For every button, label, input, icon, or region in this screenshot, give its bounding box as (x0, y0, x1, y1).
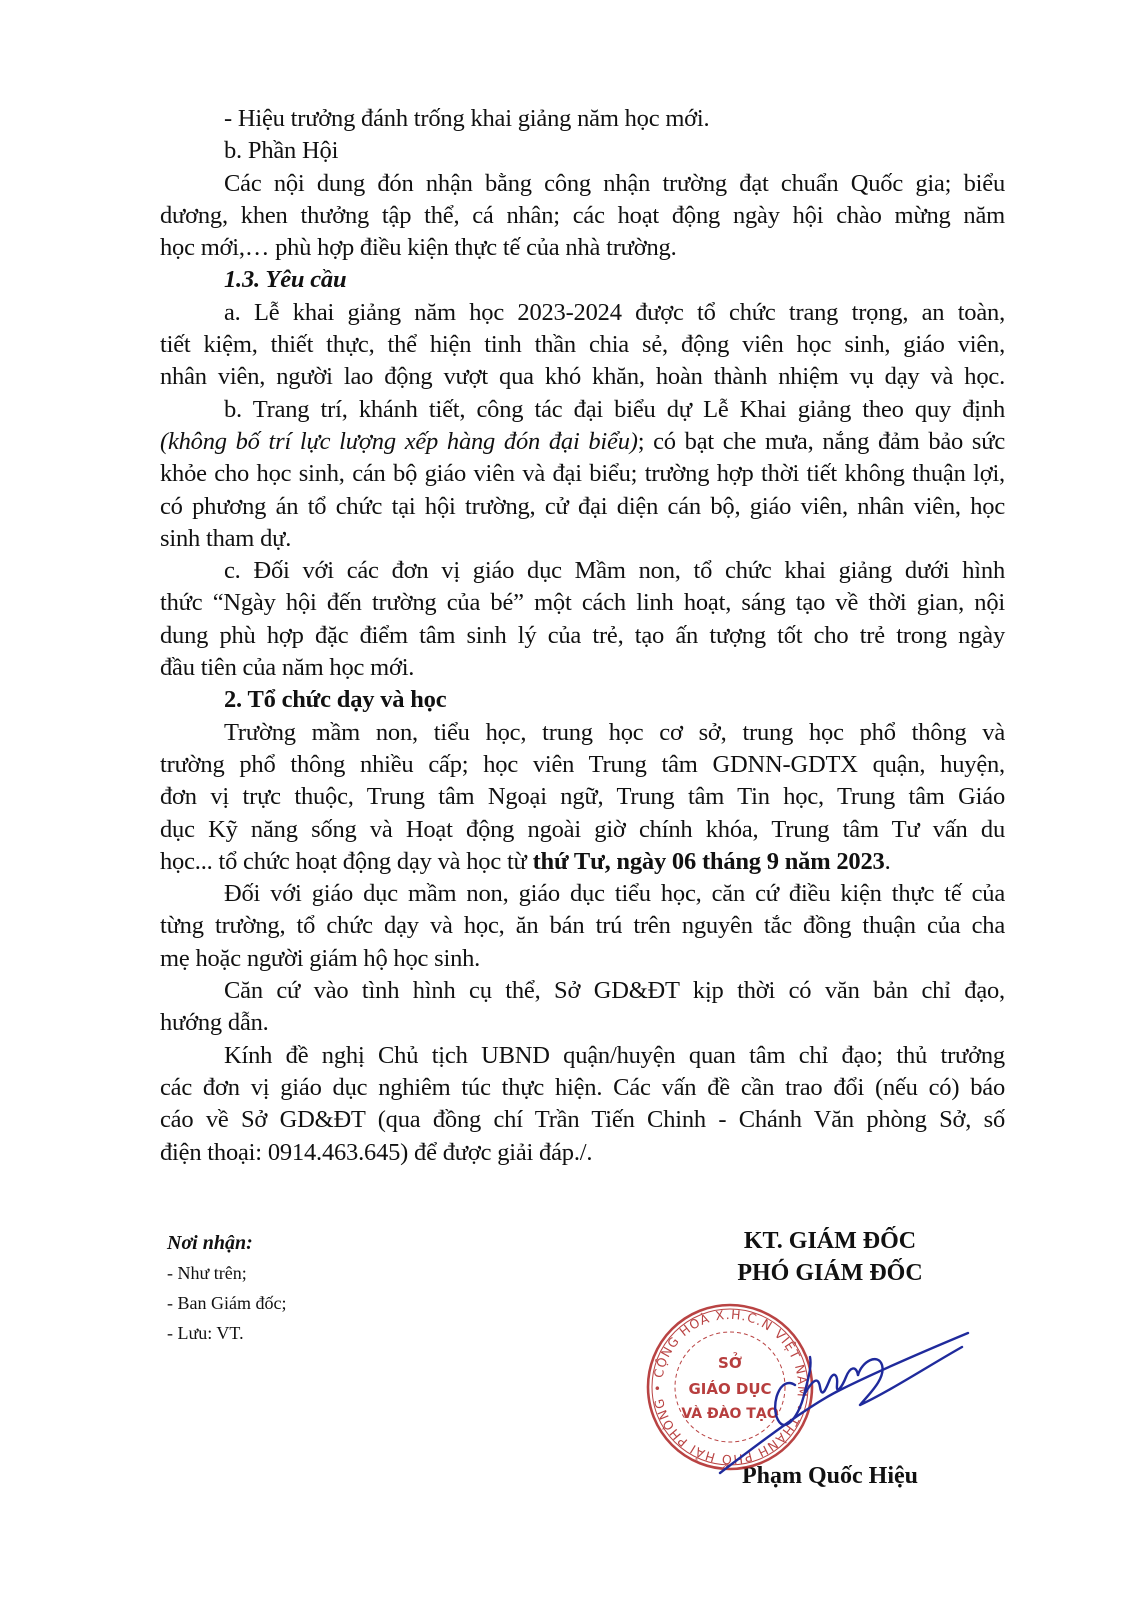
document-line: b. Phần Hội (160, 135, 1005, 167)
document-line: nhân viên, người lao động vượt qua khó k… (160, 361, 1005, 393)
document-line: a. Lễ khai giảng năm học 2023-2024 được … (160, 297, 1005, 329)
document-line: có phương án tổ chức tại hội trường, cử … (160, 491, 1005, 523)
text-segment: thứ Tư, ngày 06 tháng 9 năm 2023 (533, 848, 885, 875)
document-line: Đối với giáo dục mầm non, giáo dục tiểu … (160, 878, 1005, 910)
recipient-item: - Ban Giám đốc; (167, 1288, 286, 1318)
document-line: từng trường, tổ chức dạy và học, ăn bán … (160, 910, 1005, 942)
document-line: sinh tham dự. (160, 523, 1005, 555)
document-line: các đơn vị giáo dục nghiêm túc thực hiện… (160, 1072, 1005, 1104)
document-line: cáo về Sở GD&ĐT (qua đồng chí Trần Tiến … (160, 1104, 1005, 1136)
document-line: Kính đề nghị Chủ tịch UBND quận/huyện qu… (160, 1040, 1005, 1072)
document-line: Căn cứ vào tình hình cụ thể, Sở GD&ĐT kị… (160, 975, 1005, 1007)
recipient-item: - Lưu: VT. (167, 1318, 286, 1348)
recipient-item: - Như trên; (167, 1258, 286, 1288)
signer-block: KT. GIÁM ĐỐC PHÓ GIÁM ĐỐC Phạm Quốc Hiệu (700, 1225, 960, 1289)
document-line: thức “Ngày hội đến trường của bé” một cá… (160, 587, 1005, 619)
document-line: khỏe cho học sinh, cán bộ giáo viên và đ… (160, 458, 1005, 490)
document-line: c. Đối với các đơn vị giáo dục Mầm non, … (160, 555, 1005, 587)
signer-role-line2: PHÓ GIÁM ĐỐC (700, 1257, 960, 1289)
document-line: tiết kiệm, thiết thực, thể hiện tinh thầ… (160, 329, 1005, 361)
document-line: 2. Tổ chức dạy và học (160, 684, 1005, 716)
document-line: dung phù hợp đặc điểm tâm sinh lý của tr… (160, 620, 1005, 652)
text-segment: (không bố trí lực lượng xếp hàng đón đại… (160, 428, 638, 455)
document-line: 1.3. Yêu cầu (160, 264, 1005, 296)
document-line: trường phổ thông nhiều cấp; học viên Tru… (160, 749, 1005, 781)
document-line: - Hiệu trưởng đánh trống khai giảng năm … (160, 103, 1005, 135)
document-line: b. Trang trí, khánh tiết, công tác đại b… (160, 394, 1005, 426)
signer-role-line1: KT. GIÁM ĐỐC (700, 1225, 960, 1257)
document-line: dương, khen thưởng tập thể, cá nhân; các… (160, 200, 1005, 232)
document-line: mẹ hoặc người giám hộ học sinh. (160, 943, 1005, 975)
text-segment: . (885, 848, 891, 875)
document-line: đầu tiên của năm học mới. (160, 652, 1005, 684)
document-line: Trường mầm non, tiểu học, trung học cơ s… (160, 717, 1005, 749)
recipients-title: Nơi nhận: (167, 1228, 286, 1258)
document-line: học mới,… phù hợp điều kiện thực tế của … (160, 232, 1005, 264)
document-line: đơn vị trực thuộc, Trung tâm Ngoại ngữ, … (160, 781, 1005, 813)
document-line: Các nội dung đón nhận bằng công nhận trư… (160, 168, 1005, 200)
text-segment: học... tổ chức hoạt động dạy và học từ (160, 848, 533, 875)
document-line: dục Kỹ năng sống và Hoạt động ngoài giờ … (160, 814, 1005, 846)
document-line: (không bố trí lực lượng xếp hàng đón đại… (160, 426, 1005, 458)
document-line: hướng dẫn. (160, 1007, 1005, 1039)
document-line: điện thoại: 0914.463.645) để được giải đ… (160, 1137, 1005, 1169)
recipients-block: Nơi nhận: - Như trên; - Ban Giám đốc; - … (167, 1228, 286, 1348)
document-line: học... tổ chức hoạt động dạy và học từ t… (160, 846, 1005, 878)
document-body: - Hiệu trưởng đánh trống khai giảng năm … (160, 103, 1005, 1169)
text-segment: ; có bạt che mưa, nắng đảm bảo sức (638, 428, 1005, 455)
signature-icon (700, 1295, 975, 1480)
